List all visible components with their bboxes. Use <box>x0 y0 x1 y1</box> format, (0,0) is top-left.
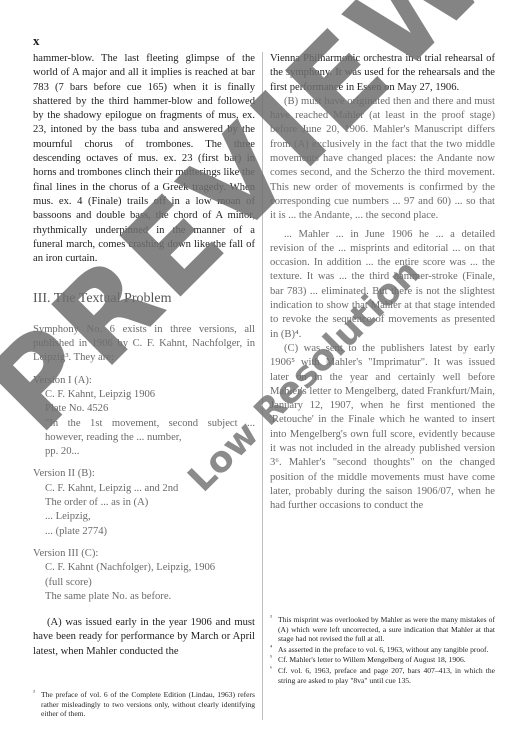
body-paragraph: hammer-blow. The last fleeting glimpse o… <box>33 52 255 266</box>
body-paragraph: Symphony No. 6 exists in three versions,… <box>33 323 255 366</box>
version-line: Plate No. 4526 <box>33 402 255 416</box>
section-heading: III. The Textual Problem <box>33 292 255 306</box>
version-line: ... (plate 2774) <box>33 525 255 539</box>
body-paragraph: (C) was sent to the publishers latest by… <box>270 342 495 514</box>
footnote-mark: ⁴ <box>270 644 272 654</box>
version-line: The order of ... as in (A) <box>33 496 255 510</box>
version-line: The same plate No. as before. <box>33 590 255 604</box>
footnote-mark: ⁵ <box>270 654 272 664</box>
footnote-text: As asserted in the preface to vol. 6, 19… <box>278 645 488 654</box>
version-line: "In the 1st movement, second subject ...… <box>33 417 255 446</box>
version-label: Version II (B): <box>33 467 255 481</box>
footnote: ⁵ Cf. Mahler's letter to Willem Mengelbe… <box>270 655 495 665</box>
footnotes-right: ³ This misprint was overlooked by Mahler… <box>270 615 495 686</box>
body-paragraph: (A) was issued early in the year 1906 an… <box>33 616 255 659</box>
version-line: C. F. Kahnt, Leipzig 1906 <box>33 388 255 402</box>
version-line: C. F. Kahnt, Leipzig ... and 2nd <box>33 482 255 496</box>
footnote: ⁴ As asserted in the preface to vol. 6, … <box>270 645 495 655</box>
page-number: x <box>33 33 40 49</box>
right-column: Vienna Philharmonic orchestra in a trial… <box>270 52 495 514</box>
version-line: C. F. Kahnt (Nachfolger), Leipzig, 1906 <box>33 561 255 575</box>
footnote: ³ This misprint was overlooked by Mahler… <box>270 615 495 644</box>
footnote: ⁶ Cf. vol. 6, 1963, preface and page 207… <box>270 666 495 685</box>
version-line: ... Leipzig, <box>33 510 255 524</box>
footnote-mark: ³ <box>33 689 35 699</box>
footnote-text: Cf. vol. 6, 1963, preface and page 207, … <box>278 666 495 685</box>
footnote: ³ The preface of vol. 6 of the Complete … <box>33 690 255 719</box>
body-paragraph: ... Mahler ... in June 1906 he ... a det… <box>270 228 495 342</box>
version-label: Version III (C): <box>33 547 255 561</box>
footnote-text: The preface of vol. 6 of the Complete Ed… <box>41 690 255 718</box>
version-line: pp. 20... <box>33 445 255 459</box>
footnote-mark: ³ <box>270 614 272 624</box>
column-divider <box>262 52 263 720</box>
body-paragraph: (B) must have originated then and there … <box>270 95 495 224</box>
left-column: hammer-blow. The last fleeting glimpse o… <box>33 52 255 659</box>
version-line: (full score) <box>33 576 255 590</box>
body-paragraph: Vienna Philharmonic orchestra in a trial… <box>270 52 495 95</box>
footnote-text: This misprint was overlooked by Mahler a… <box>278 615 495 643</box>
footnote-mark: ⁶ <box>270 665 272 675</box>
version-label: Version I (A): <box>33 374 255 388</box>
footnotes-left: ³ The preface of vol. 6 of the Complete … <box>33 690 255 720</box>
footnote-text: Cf. Mahler's letter to Willem Mengelberg… <box>278 655 466 664</box>
